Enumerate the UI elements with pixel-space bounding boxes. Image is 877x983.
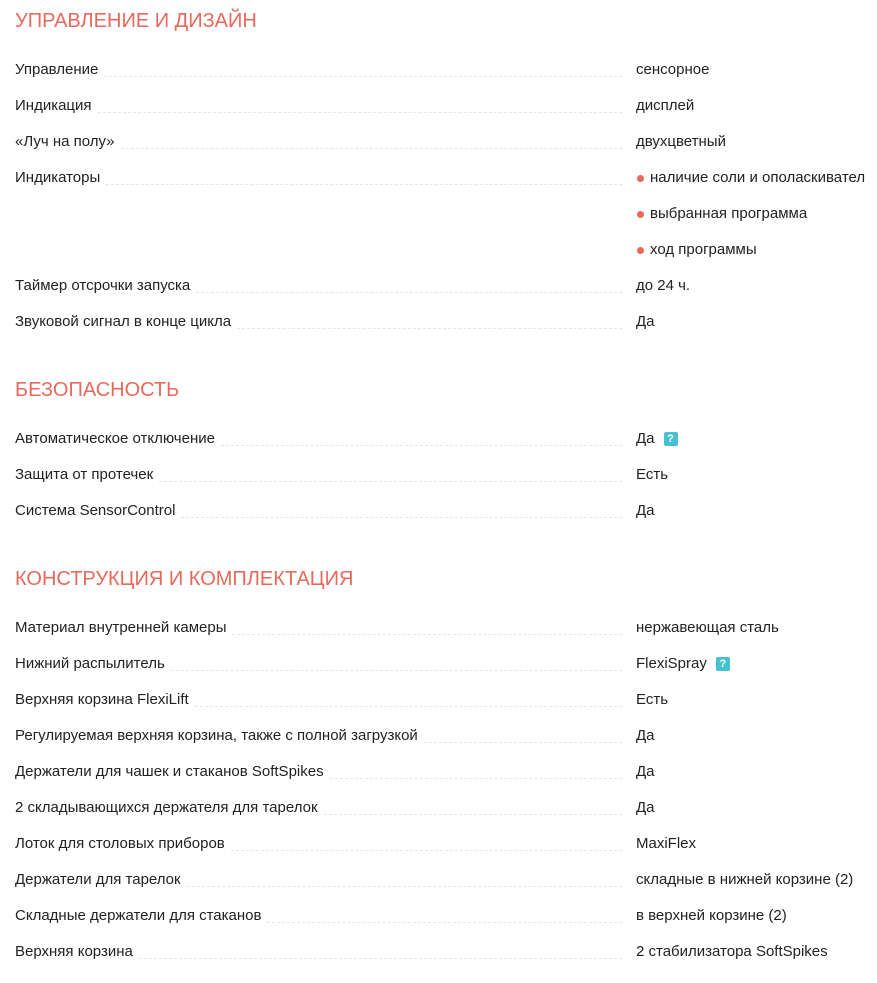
- section-rows-control-design: Управление сенсорное Индикация дисплей «…: [15, 61, 865, 349]
- spec-label: Индикаторы: [15, 169, 106, 187]
- spec-value: MaxiFlex: [636, 835, 696, 853]
- leader-dots: [104, 76, 622, 77]
- spec-row-glass-holders: Складные держатели для стаканов в верхне…: [15, 907, 853, 943]
- spec-label: Верхняя корзина: [15, 943, 139, 961]
- spec-value: дисплей: [636, 97, 694, 115]
- leader-dots: [159, 481, 622, 482]
- spec-label: Управление: [15, 61, 104, 79]
- section-rows-construction: Материал внутренней камеры нержавеющая с…: [15, 619, 853, 979]
- spec-row-delay-timer: Таймер отсрочки запуска до 24 ч.: [15, 277, 865, 313]
- leader-dots: [171, 670, 622, 671]
- spec-row-softspikes: Держатели для чашек и стаканов SoftSpike…: [15, 763, 853, 799]
- spec-row-folding-plate-holders: 2 складывающихся держателя для тарелок Д…: [15, 799, 853, 835]
- spec-value: до 24 ч.: [636, 277, 690, 295]
- spec-value: наличие соли и ополаскивател: [650, 169, 865, 187]
- spec-row-upper-basket: Верхняя корзина 2 стабилизатора SoftSpik…: [15, 943, 853, 979]
- leader-dots: [267, 922, 622, 923]
- leader-dots: [231, 850, 622, 851]
- leader-dots: [324, 814, 622, 815]
- spec-row-cutlery-tray: Лоток для столовых приборов MaxiFlex: [15, 835, 853, 871]
- spec-label: Лоток для столовых приборов: [15, 835, 231, 853]
- leader-dots: [181, 517, 622, 518]
- spec-value: двухцветный: [636, 133, 726, 151]
- spec-value: нержавеющая сталь: [636, 619, 779, 637]
- spec-label: Материал внутренней камеры: [15, 619, 232, 637]
- spec-value: в верхней корзине (2): [636, 907, 787, 925]
- spec-row-indicators: Индикаторы наличие соли и ополаскивател: [15, 169, 865, 205]
- spec-row-sensorcontrol: Система SensorControl Да: [15, 502, 678, 538]
- spec-label: Нижний распылитель: [15, 655, 171, 673]
- spec-row-control: Управление сенсорное: [15, 61, 865, 97]
- leader-dots: [106, 184, 622, 185]
- spec-label: Складные держатели для стаканов: [15, 907, 267, 925]
- spec-value: Да: [636, 727, 655, 745]
- leader-dots: [195, 706, 622, 707]
- spec-label: Держатели для тарелок: [15, 871, 187, 889]
- leader-dots: [330, 778, 622, 779]
- spec-label: Держатели для чашек и стаканов SoftSpike…: [15, 763, 330, 781]
- spec-value: 2 стабилизатора SoftSpikes: [636, 943, 828, 961]
- leader-dots: [221, 445, 622, 446]
- spec-value: Да: [636, 799, 655, 817]
- spec-row-leak-protection: Защита от протечек Есть: [15, 466, 678, 502]
- section-control-design: УПРАВЛЕНИЕ И ДИЗАЙН: [15, 9, 257, 33]
- section-title: УПРАВЛЕНИЕ И ДИЗАЙН: [15, 9, 257, 33]
- spec-label: Верхняя корзина FlexiLift: [15, 691, 195, 709]
- spec-label: Система SensorControl: [15, 502, 181, 520]
- bullet-icon: [637, 175, 644, 182]
- leader-dots: [232, 634, 622, 635]
- spec-value: складные в нижней корзине (2): [636, 871, 853, 889]
- spec-value: Да: [636, 502, 655, 520]
- spec-value: Есть: [636, 466, 668, 484]
- bullet-icon: [637, 247, 644, 254]
- leader-dots: [121, 148, 622, 149]
- spec-value: Да: [636, 313, 655, 331]
- spec-label: Таймер отсрочки запуска: [15, 277, 196, 295]
- spec-value: ход программы: [650, 241, 757, 259]
- spec-label: 2 складывающихся держателя для тарелок: [15, 799, 324, 817]
- spec-row-lower-spray: Нижний распылитель FlexiSpray?: [15, 655, 853, 691]
- leader-dots: [424, 742, 622, 743]
- leader-dots: [237, 328, 622, 329]
- spec-row-adjustable-basket: Регулируемая верхняя корзина, также с по…: [15, 727, 853, 763]
- section-title: КОНСТРУКЦИЯ И КОМПЛЕКТАЦИЯ: [15, 567, 353, 591]
- spec-label: Защита от протечек: [15, 466, 159, 484]
- spec-row-flexilift: Верхняя корзина FlexiLift Есть: [15, 691, 853, 727]
- spec-label: Звуковой сигнал в конце цикла: [15, 313, 237, 331]
- spec-value: Да: [636, 763, 655, 781]
- spec-label: Автоматическое отключение: [15, 430, 221, 448]
- section-title: БЕЗОПАСНОСТЬ: [15, 378, 179, 402]
- section-rows-safety: Автоматическое отключение Да? Защита от …: [15, 430, 678, 538]
- leader-dots: [98, 112, 622, 113]
- spec-row-chamber-material: Материал внутренней камеры нержавеющая с…: [15, 619, 853, 655]
- spec-label: Регулируемая верхняя корзина, также с по…: [15, 727, 424, 745]
- spec-row-indicators-cont: ход программы: [15, 241, 865, 277]
- spec-row-floor-beam: «Луч на полу» двухцветный: [15, 133, 865, 169]
- spec-label: Индикация: [15, 97, 98, 115]
- leader-dots: [187, 886, 622, 887]
- spec-row-auto-off: Автоматическое отключение Да?: [15, 430, 678, 466]
- leader-dots: [196, 292, 622, 293]
- spec-value: Есть: [636, 691, 668, 709]
- spec-value: Да: [636, 430, 655, 448]
- help-icon[interactable]: ?: [716, 657, 730, 671]
- spec-value: сенсорное: [636, 61, 709, 79]
- help-icon[interactable]: ?: [664, 432, 678, 446]
- bullet-icon: [637, 211, 644, 218]
- spec-row-end-signal: Звуковой сигнал в конце цикла Да: [15, 313, 865, 349]
- section-safety: БЕЗОПАСНОСТЬ: [15, 378, 179, 402]
- spec-value: FlexiSpray: [636, 655, 707, 673]
- spec-row-indication: Индикация дисплей: [15, 97, 865, 133]
- spec-value: выбранная программа: [650, 205, 807, 223]
- leader-dots: [139, 958, 622, 959]
- spec-label: «Луч на полу»: [15, 133, 121, 151]
- spec-row-plate-holders: Держатели для тарелок складные в нижней …: [15, 871, 853, 907]
- spec-row-indicators-cont: выбранная программа: [15, 205, 865, 241]
- section-construction: КОНСТРУКЦИЯ И КОМПЛЕКТАЦИЯ: [15, 567, 353, 591]
